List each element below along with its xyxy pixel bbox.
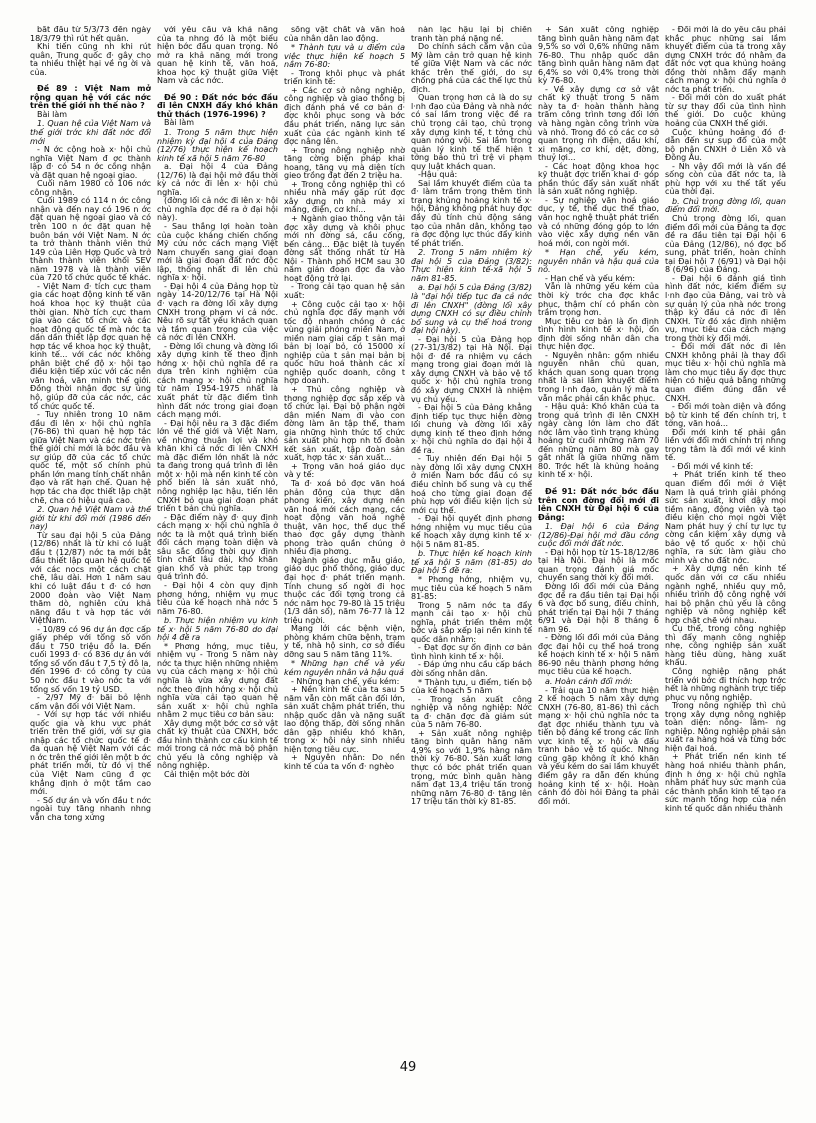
paragraph: + Nguyên nhân: Do nền kinh tế của ta vốn… — [284, 754, 405, 771]
section-heading: b. Thực hiện kế hoạch kinh tế xã hội 5 n… — [411, 550, 532, 576]
paragraph: - Đổi mới đất nớc đi lên CNXH không phải… — [665, 343, 786, 403]
question-heading: Đề 90 : Đất nớc bớc đầu đi lên CNXH đầy … — [157, 94, 278, 120]
section-heading: * Những hạn chế và yếu kém nguyên nhân v… — [284, 660, 405, 677]
paragraph: Đổi mới kinh tế phải gắn liền với đổi mớ… — [665, 429, 786, 463]
paragraph: Mạng lới các bệnh viện, phòng khám chữa … — [284, 625, 405, 659]
text-column-3: sống vật chất và văn hoá của nhân dân la… — [284, 26, 405, 1014]
section-heading: b. Thực hiện nhiệm vụ kinh tế x· hội 5 n… — [157, 617, 278, 643]
paragraph: Cụ thể, trong công nghiệp thì đẩy mạnh c… — [665, 625, 786, 668]
text-column-5: + Sản xuất công nghiệp tăng bình quân hà… — [538, 26, 659, 1014]
paragraph: - Tuy nhiên đến Đại hội 5 này đờng lối x… — [411, 455, 532, 515]
question-heading: Đề 89 : Việt Nam mở rộng quan hệ với các… — [30, 85, 151, 111]
paragraph: + Nền kinh tế của ta sau 5 năm vẫn còn m… — [284, 686, 405, 754]
text-column-4: nàn lạc hậu lại bị chiến tranh tàn phá n… — [411, 26, 532, 1014]
paragraph: * Phơng hớng, mục tiêu, nhiệm vụ - Trong… — [157, 643, 278, 720]
paragraph: - N ớc cộng hoà x· hội chủ nghĩa Việt Na… — [30, 146, 151, 180]
paragraph: - Đại hội họp từ 15-18/12/86 tại Hà Nội.… — [538, 549, 659, 583]
section-heading: 2. Quan hệ Việt Nam và thế giới từ khi đ… — [30, 506, 151, 532]
paragraph: - Trong sản xuất công nghiệp và nông ngh… — [411, 696, 532, 730]
paragraph: - Nh vậy đổi mới là vấn đề sống còn của … — [665, 163, 786, 197]
paragraph: - Đại hội 4 còn quy định phơng hớng, nhi… — [157, 582, 278, 616]
paragraph: - Đờng lối chung và đờng lối xây dựng ki… — [157, 343, 278, 420]
section-heading: 1. Quan hệ của Việt Nam và thế giới trớc… — [30, 120, 151, 146]
paragraph: + Sản xuất công nghiệp tăng bình quân hà… — [538, 26, 659, 86]
text-column-6: - Đổi mới là do yêu cầu phải khắc phục n… — [665, 26, 786, 1014]
paragraph: + Ngành giao thông vận tải đợc xây dựng … — [284, 215, 405, 283]
paragraph: nàn lạc hậu lại bị chiến tranh tàn phá n… — [411, 26, 532, 43]
paragraph: - Sự nghiệp văn hoá giáo dục, y tế, thể … — [538, 197, 659, 248]
paragraph: Trong nông nghiệp thì chủ trọng xây dựng… — [665, 702, 786, 753]
paragraph: + Thủ công nghiệp và thơng nghiệp đợc sắ… — [284, 386, 405, 463]
paragraph: + Trong nông nghiệp nhờ tăng cờng biện p… — [284, 147, 405, 181]
paragraph: - Đổi mới toàn diện và đồng bộ từ kinh t… — [665, 403, 786, 429]
text-columns: bắt đầu từ 5/3/73 đến ngày 18/3/79 thì r… — [0, 0, 816, 1014]
paragraph: - Đờng lối đổi mới của Đảng đợc đại hội … — [538, 634, 659, 677]
paragraph: Ta đ· xoá bỏ đợc văn hoá phản động của t… — [284, 480, 405, 557]
paragraph: Xây dựng một bớc cơ sở vật chất kỹ thuật… — [157, 720, 278, 771]
paragraph: - Đại hội 6 đánh giá tình hình đất nớc, … — [665, 275, 786, 343]
paragraph: a. Đại hội 4 của Đảng (12/76) là đại hội… — [157, 163, 278, 197]
paragraph: + Xây dựng nền kinh tế quốc dân với cơ c… — [665, 565, 786, 625]
paragraph: - Tuy nhiên trong 10 năm đầu đi lên x· h… — [30, 411, 151, 505]
section-heading: a. Đại hội 5 của Đảng (3/82) là "đại hội… — [411, 284, 532, 335]
paragraph: + Trong văn hoá giáo dục và y tế: — [284, 463, 405, 480]
paragraph: - Đại hội nêu ra 3 đặc điểm lớn về thế g… — [157, 420, 278, 514]
paragraph: - Đại hội quyết định phơng hớng nhiệm vụ… — [411, 515, 532, 549]
paragraph: Sai lầm khuyết điểm của ta đ· làm trầm t… — [411, 180, 532, 248]
paragraph: - 10/89 có 96 dự án đợc cấp giấy phép vớ… — [30, 626, 151, 694]
paragraph: với yêu cầu và khả năng của ta nhng đó l… — [157, 26, 278, 86]
paragraph: Do chính sách cấm vận của Mỹ làm cản trở… — [411, 43, 532, 94]
paragraph: * Thành tựu, u điểm, tiến bộ của kế hoạc… — [411, 679, 532, 696]
paragraph: Đờng lối đổi mới của Đảng đợc đề ra đầu … — [538, 583, 659, 634]
paragraph: + Công cuộc cải tạo x· hội chủ nghĩa đợc… — [284, 301, 405, 386]
paragraph: Khi tiến cũng nh khi rút quân, Trung quố… — [30, 43, 151, 77]
section-heading: * Hạn chế, yếu kém, nguyên nhân và hậu q… — [538, 249, 659, 275]
paragraph: Cải thiện một bớc đời — [157, 771, 278, 780]
paragraph: - Đổi mới là do yêu cầu phải khắc phục n… — [665, 26, 786, 94]
paragraph: - Về xây dựng cơ sở vật chất kỹ thuật tr… — [538, 86, 659, 163]
paragraph: - Đặc điểm này đ· quy định cách mạng x· … — [157, 514, 278, 582]
paragraph: bắt đầu từ 5/3/73 đến ngày 18/3/79 thì r… — [30, 26, 151, 43]
page-number: 49 — [0, 1060, 816, 1075]
paragraph: + Phát triển kinh tế theo quan điểm đổi … — [665, 471, 786, 565]
paragraph: sống vật chất và văn hoá của nhân dân la… — [284, 26, 405, 43]
paragraph: + Sản xuất nông nghiệp tăng bình quân hà… — [411, 730, 532, 807]
paragraph: Ngành giáo dục mẫu giáo, giáo dục phổ th… — [284, 557, 405, 625]
paragraph: Bài làm — [157, 119, 278, 128]
paragraph: - Số dự án và vốn đầu t nớc ngoài tuy tă… — [30, 797, 151, 823]
paragraph: Cuối năm 1980 có 106 nớc công nhận. — [30, 180, 151, 197]
paragraph: - Nguyên nhân: gồm nhiều nguyên nhân chủ… — [538, 352, 659, 403]
question-heading: Đề 91: Đất nớc bớc đầu trên con đờng đổi… — [538, 488, 659, 522]
section-heading: b. Chủ trọng đờng lối, quan điểm đổi mới… — [665, 198, 786, 215]
paragraph: Mục tiêu cơ bản là ổn định tình hình kin… — [538, 318, 659, 352]
paragraph: Quan trọng hơn cả là do sự l·nh đạo của … — [411, 94, 532, 171]
paragraph: Công nghiệp nặng phát triển với bớc đi t… — [665, 668, 786, 702]
paragraph: Cuộc khủng hoảng đó đ· dẫn đến sự sụp đổ… — [665, 129, 786, 163]
paragraph: - Việt Nam đ· tích cực tham gia các hoạt… — [30, 283, 151, 411]
paragraph: - Trong cải tạo quan hệ sản xuất: — [284, 283, 405, 300]
paragraph: Trong 5 năm nớc ta đẩy mạnh cải tạo x· h… — [411, 602, 532, 645]
paragraph: Chủ trọng đờng lối, quan điểm đổi mới củ… — [665, 215, 786, 275]
paragraph: + Trong công nghiệp thì có nhiều nhà máy… — [284, 181, 405, 215]
section-heading: 2. Trong 5 năm nhiệm kỳ đại hội 5 của Đả… — [411, 249, 532, 283]
paragraph: + Phát triển nền kinh tế hàng hoá nhiều … — [665, 753, 786, 813]
paragraph: + Các cơ sở nông nghiệp, công nghiệp và … — [284, 87, 405, 147]
section-heading: 1. Đại hội 6 của Đảng (12/86)-Đại hội mở… — [538, 523, 659, 549]
paragraph: - 2/97 Mỹ đ· bãi bỏ lệnh cấm vận đối với… — [30, 694, 151, 711]
document-page: bắt đầu từ 5/3/73 đến ngày 18/3/79 thì r… — [0, 0, 816, 1123]
paragraph: * Phơng hớng, nhiệm vụ, mục tiêu của kế … — [411, 576, 532, 602]
paragraph: - Đại hội 4 của Đảng họp từ ngày 14-20/1… — [157, 283, 278, 343]
paragraph: - Đáp ứng nhu cầu cấp bách đời sống nhân… — [411, 661, 532, 678]
paragraph: Vẫn là những yếu kém của thời kỳ trớc ch… — [538, 283, 659, 317]
text-column-2: với yêu cầu và khả năng của ta nhng đó l… — [157, 26, 278, 1014]
text-column-1: bắt đầu từ 5/3/73 đến ngày 18/3/79 thì r… — [30, 26, 151, 1014]
paragraph: - Hậu quả: Khó khăn của ta trong quá trì… — [538, 403, 659, 480]
paragraph: - Với sự hợp tác với nhiều quốc gia và k… — [30, 711, 151, 796]
section-heading: 1. Trong 5 năm thực hiện nhiệm kỳ đại hộ… — [157, 129, 278, 163]
section-heading: * Thành tựu và u điểm của việc thực hiện… — [284, 44, 405, 70]
paragraph: - Trong khôi phục và phát triển kinh tế: — [284, 70, 405, 87]
paragraph: Cuối 1989 có 114 n ớc công nhận và đến n… — [30, 197, 151, 282]
paragraph: - Đạt đợc sự ổn định cơ bản tình hình ki… — [411, 644, 532, 661]
paragraph: - Đại hội 5 của Đảng khẳng định tiếp tục… — [411, 404, 532, 455]
paragraph: - Các hoạt động khoa học kỹ thuật đợc tr… — [538, 163, 659, 197]
paragraph: - Sau thắng lợi hoàn toàn của cuộc kháng… — [157, 223, 278, 283]
paragraph: - Đổi mới còn do xuất phát từ sự thay đổ… — [665, 94, 786, 128]
paragraph: Từ sau đại hội 5 của Đảng (12/86) nhất l… — [30, 532, 151, 626]
paragraph: - Đại hội 5 của Đảng họp (27-31/3/82) tạ… — [411, 336, 532, 404]
paragraph: (đờng lối cả nớc đi lên x· hội chủ nghĩa… — [157, 197, 278, 223]
paragraph: - Trải qua 10 năm thực hiện 2 kế hoạch 5… — [538, 687, 659, 807]
